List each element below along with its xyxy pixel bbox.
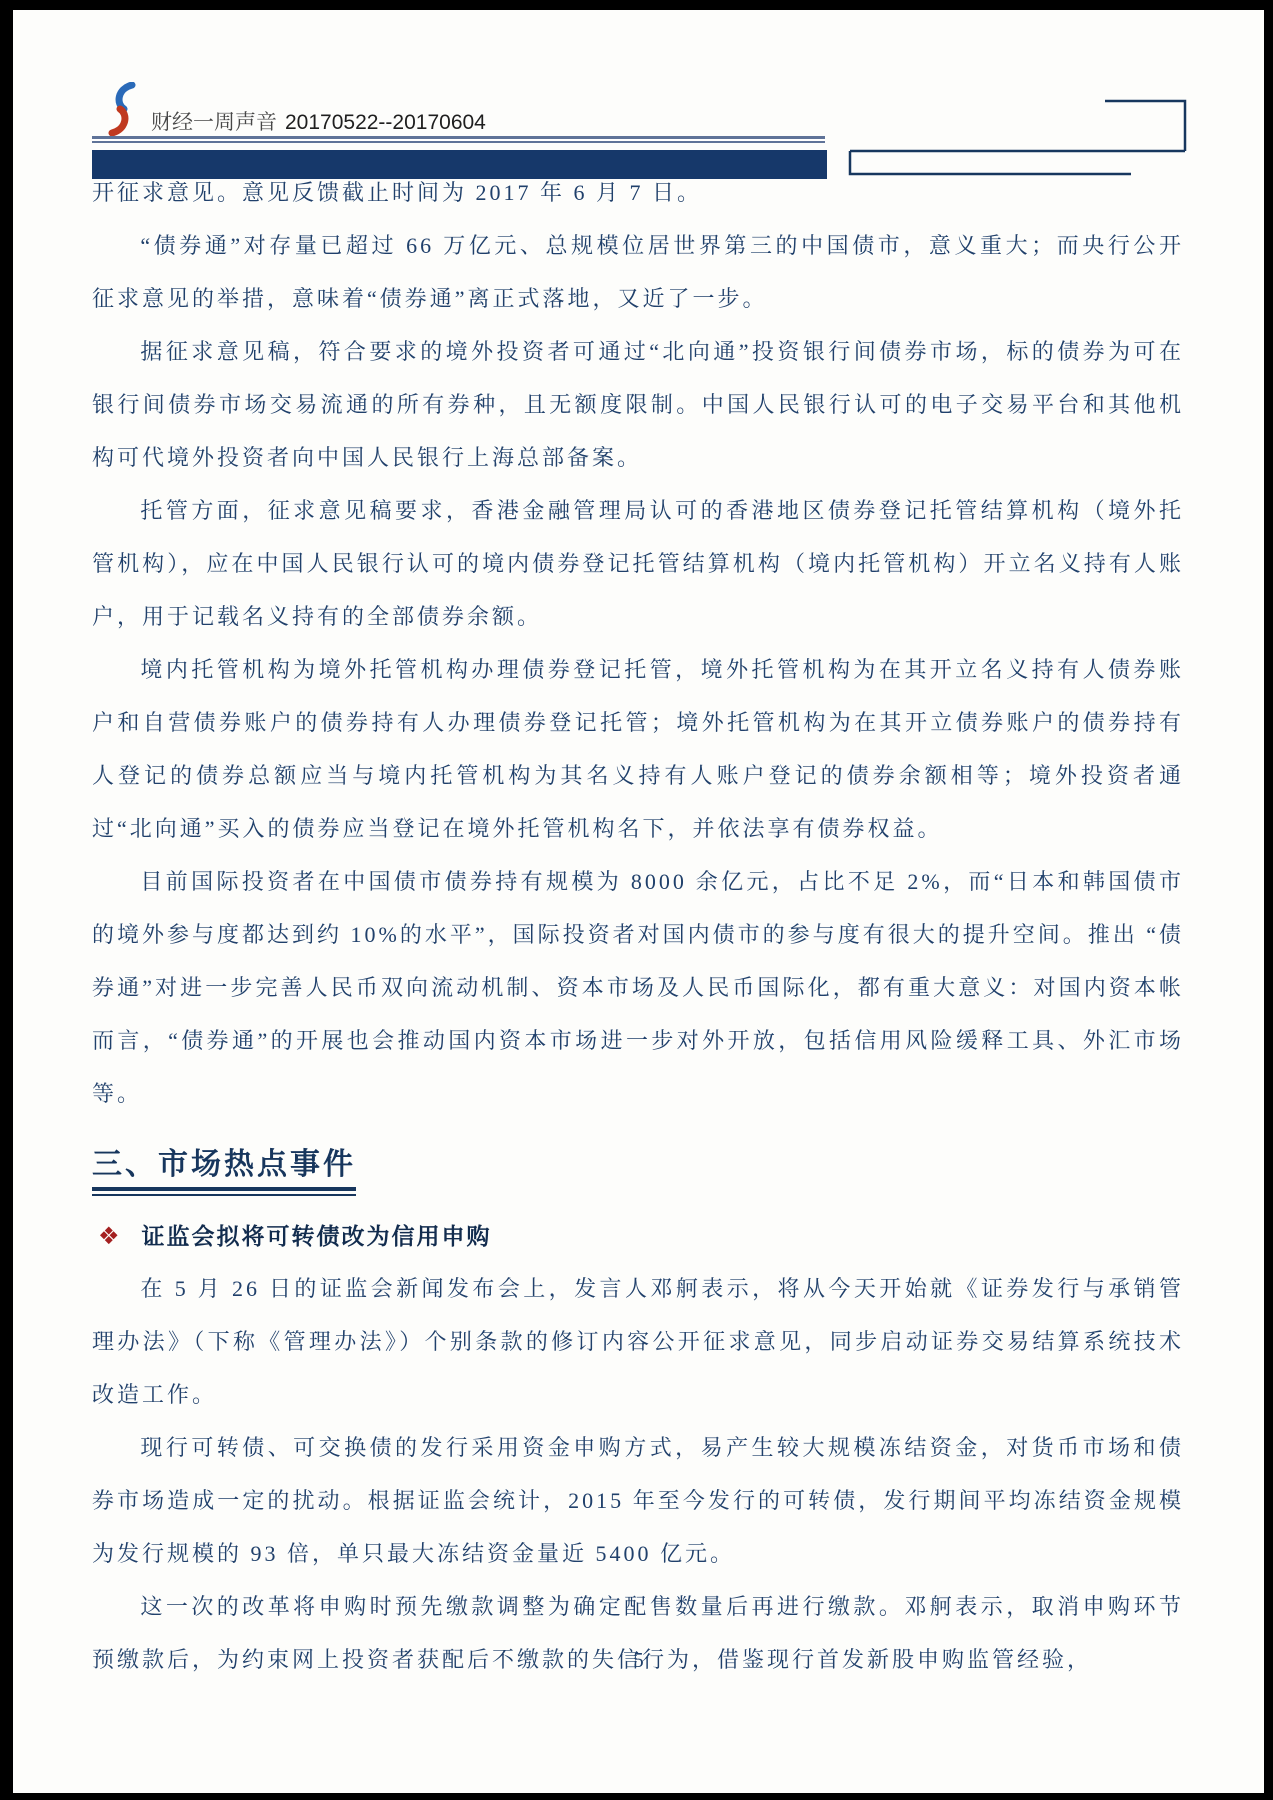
body-paragraph: 现行可转债、可交换债的发行采用资金申购方式，易产生较大规模冻结资金，对货币市场和… xyxy=(92,1421,1184,1580)
report-title: 财经一周声音 xyxy=(151,111,277,134)
body-paragraph: “债券通”对存量已超过 66 万亿元、总规模位居世界第三的中国债市，意义重大；而… xyxy=(92,219,1184,325)
body-paragraph: 境内托管机构为境外托管机构办理债券登记托管，境外托管机构为在其开立名义持有人债券… xyxy=(92,643,1184,855)
body-paragraph: 开征求意见。意见反馈截止时间为 2017 年 6 月 7 日。 xyxy=(92,166,1184,219)
s-swirl-logo-icon xyxy=(105,82,139,136)
section-heading-text: 三、市场热点事件 xyxy=(92,1146,356,1191)
bullet-heading-text: 证监会拟将可转债改为信用申购 xyxy=(142,1216,492,1256)
document-body: 开征求意见。意见反馈截止时间为 2017 年 6 月 7 日。 “债券通”对存量… xyxy=(92,166,1184,1686)
report-title-line: 财经一周声音20170522--20170604 xyxy=(151,112,486,136)
body-paragraph: 托管方面，征求意见稿要求，香港金融管理局认可的香港地区债券登记托管结算机构（境外… xyxy=(92,484,1184,643)
diamond-bullet-icon: ❖ xyxy=(98,1224,122,1248)
body-paragraph: 在 5 月 26 日的证监会新闻发布会上，发言人邓舸表示，将从今天开始就《证券发… xyxy=(92,1262,1184,1421)
section-heading: 三、市场热点事件 xyxy=(92,1146,1184,1196)
header-double-rule xyxy=(92,136,825,143)
body-paragraph: 据征求意见稿，符合要求的境外投资者可通过“北向通”投资银行间债券市场，标的债券为… xyxy=(92,325,1184,484)
document-page: 财经一周声音20170522--20170604 开征求意见。意见反馈截止时间为… xyxy=(13,10,1264,1793)
bullet-heading-row: ❖ 证监会拟将可转债改为信用申购 xyxy=(98,1216,1184,1256)
header: 财经一周声音20170522--20170604 xyxy=(105,72,486,136)
page-number: 5 xyxy=(13,1648,1264,1673)
body-paragraph: 目前国际投资者在中国债市债券持有规模为 8000 余亿元，占比不足 2%，而“日… xyxy=(92,855,1184,1120)
report-date-range: 20170522--20170604 xyxy=(285,111,486,134)
